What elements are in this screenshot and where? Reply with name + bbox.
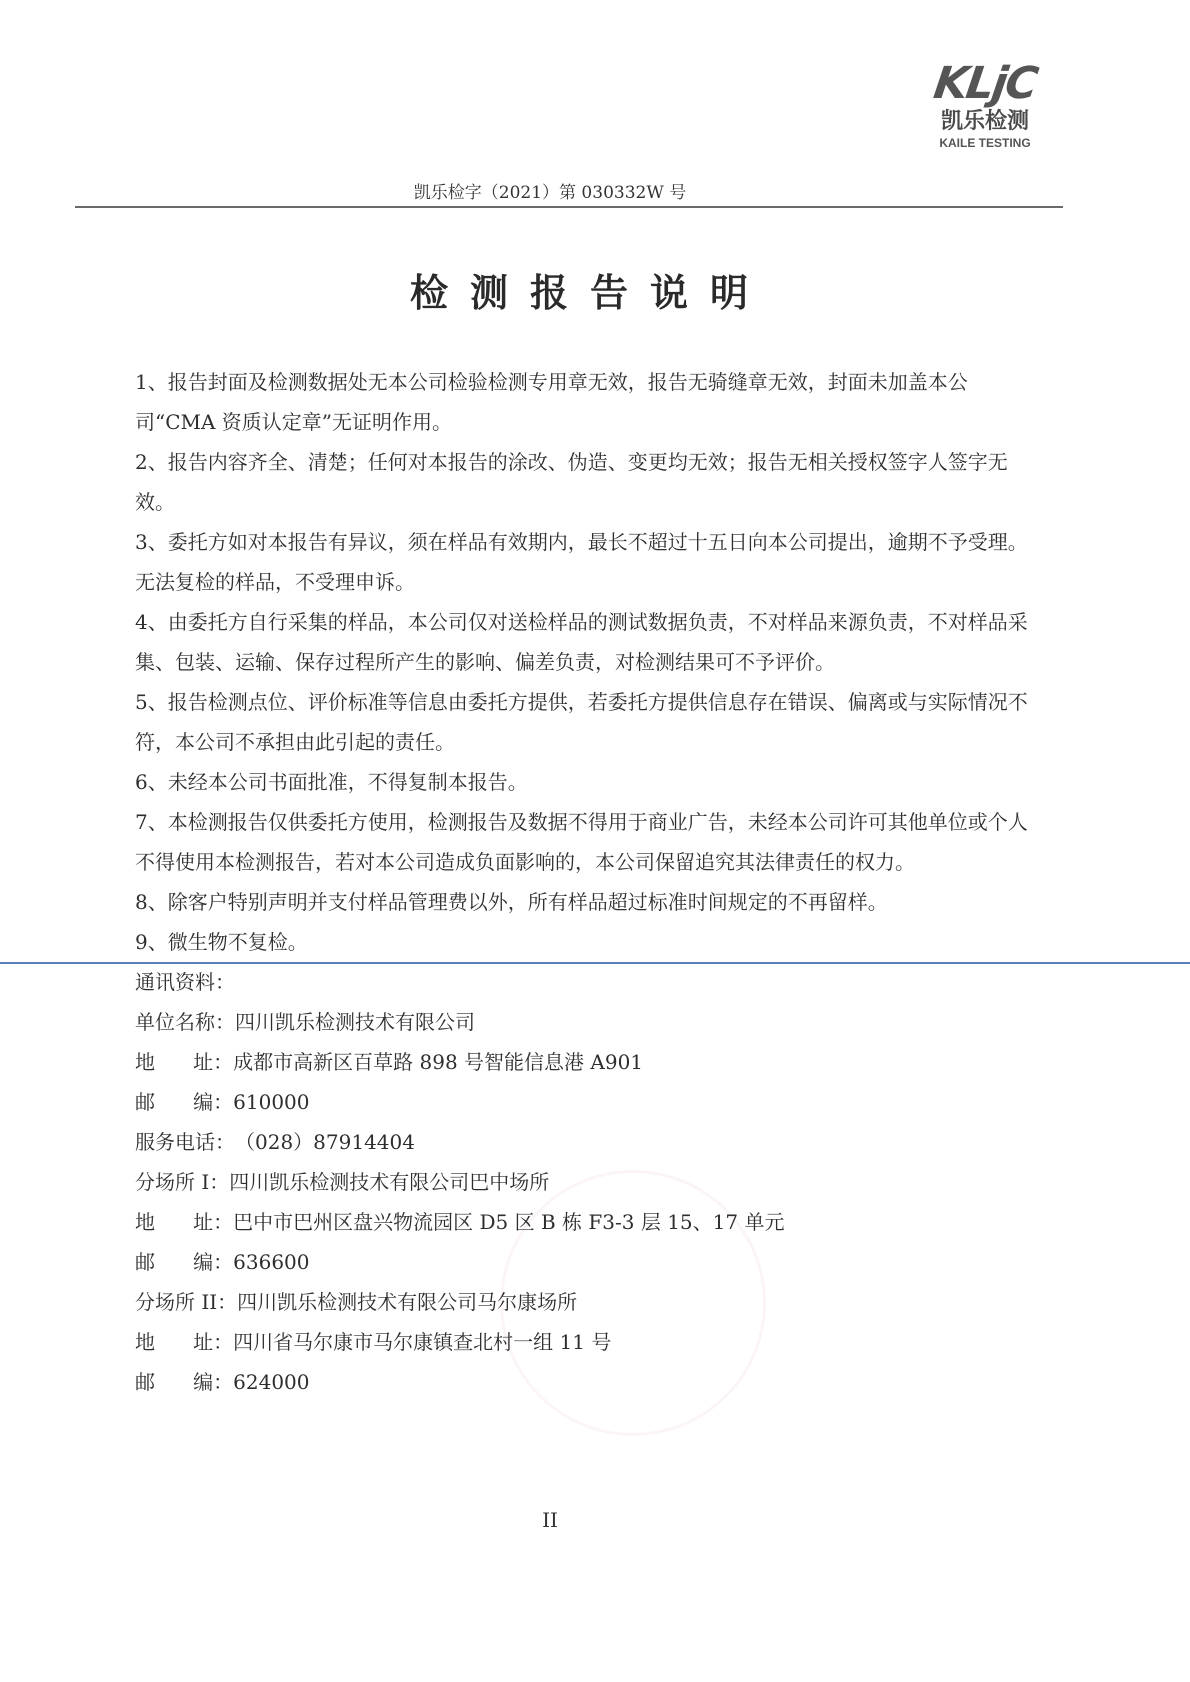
contact-value: 四川省马尔康市马尔康镇查北村一组 11 号 bbox=[233, 1322, 611, 1362]
contact-value: （028）87914404 bbox=[235, 1122, 415, 1162]
contact-label: 地 址： bbox=[135, 1322, 233, 1362]
clause-4: 4、由委托方自行采集的样品，本公司仅对送检样品的测试数据负责，不对样品来源负责，… bbox=[135, 602, 1045, 682]
contact-value: 巴中市巴州区盘兴物流园区 D5 区 B 栋 F3-3 层 15、17 单元 bbox=[233, 1202, 784, 1242]
contact-postcode: 邮 编： 610000 bbox=[135, 1082, 1045, 1122]
clause-7: 7、本检测报告仅供委托方使用，检测报告及数据不得用于商业广告，未经本公司许可其他… bbox=[135, 802, 1045, 882]
header-divider bbox=[75, 206, 1063, 208]
contact-company-name: 单位名称： 四川凯乐检测技术有限公司 bbox=[135, 1002, 1045, 1042]
contact-phone: 服务电话： （028）87914404 bbox=[135, 1122, 1045, 1162]
contact-value: 四川凯乐检测技术有限公司巴中场所 bbox=[229, 1162, 549, 1202]
clause-2: 2、报告内容齐全、清楚；任何对本报告的涂改、伪造、变更均无效；报告无相关授权签字… bbox=[135, 442, 1045, 522]
contact-label: 邮 编： bbox=[135, 1242, 233, 1282]
company-logo: KLjC 凯乐检测 KAILE TESTING bbox=[920, 62, 1050, 150]
clause-1: 1、报告封面及检测数据处无本公司检验检测专用章无效，报告无骑缝章无效，封面未加盖… bbox=[135, 362, 1045, 442]
contact-label: 服务电话： bbox=[135, 1122, 235, 1162]
contact-label: 邮 编： bbox=[135, 1082, 233, 1122]
branch-2-address: 地 址： 四川省马尔康市马尔康镇查北村一组 11 号 bbox=[135, 1322, 1045, 1362]
logo-name-cn: 凯乐检测 bbox=[920, 108, 1050, 136]
branch-2-name: 分场所 II： 四川凯乐检测技术有限公司马尔康场所 bbox=[135, 1282, 1045, 1322]
logo-mark-icon: KLjC bbox=[917, 62, 1053, 106]
clause-3: 3、委托方如对本报告有异议，须在样品有效期内，最长不超过十五日向本公司提出，逾期… bbox=[135, 522, 1045, 602]
contact-value: 624000 bbox=[233, 1362, 309, 1402]
clause-6: 6、未经本公司书面批准，不得复制本报告。 bbox=[135, 762, 1045, 802]
report-notes: 1、报告封面及检测数据处无本公司检验检测专用章无效，报告无骑缝章无效，封面未加盖… bbox=[135, 362, 1045, 1402]
contact-label: 分场所 I： bbox=[135, 1162, 229, 1202]
contact-value: 610000 bbox=[233, 1082, 309, 1122]
branch-1-postcode: 邮 编： 636600 bbox=[135, 1242, 1045, 1282]
logo-name-en: KAILE TESTING bbox=[920, 136, 1050, 150]
clause-9: 9、微生物不复检。 bbox=[135, 922, 1045, 962]
contact-label: 邮 编： bbox=[135, 1362, 233, 1402]
contact-heading: 通讯资料： bbox=[135, 962, 1045, 1002]
contact-label: 单位名称： bbox=[135, 1002, 235, 1042]
contact-value: 636600 bbox=[233, 1242, 309, 1282]
clause-8: 8、除客户特别声明并支付样品管理费以外，所有样品超过标准时间规定的不再留样。 bbox=[135, 882, 1045, 922]
contact-value: 四川凯乐检测技术有限公司马尔康场所 bbox=[237, 1282, 577, 1322]
contact-value: 四川凯乐检测技术有限公司 bbox=[235, 1002, 475, 1042]
clause-5: 5、报告检测点位、评价标准等信息由委托方提供，若委托方提供信息存在错误、偏离或与… bbox=[135, 682, 1045, 762]
contact-value: 成都市高新区百草路 898 号智能信息港 A901 bbox=[233, 1042, 643, 1082]
contact-label: 地 址： bbox=[135, 1202, 233, 1242]
report-number: 凯乐检字（2021）第 030332W 号 bbox=[0, 178, 1100, 203]
contact-label: 地 址： bbox=[135, 1042, 233, 1082]
branch-2-postcode: 邮 编： 624000 bbox=[135, 1362, 1045, 1402]
branch-1-name: 分场所 I： 四川凯乐检测技术有限公司巴中场所 bbox=[135, 1162, 1045, 1202]
contact-address: 地 址： 成都市高新区百草路 898 号智能信息港 A901 bbox=[135, 1042, 1045, 1082]
branch-1-address: 地 址： 巴中市巴州区盘兴物流园区 D5 区 B 栋 F3-3 层 15、17 … bbox=[135, 1202, 1045, 1242]
page-number: II bbox=[0, 1508, 1100, 1532]
contact-label: 分场所 II： bbox=[135, 1282, 237, 1322]
page-title: 检测报告说明 bbox=[0, 262, 1180, 317]
scan-artifact-line bbox=[0, 962, 1190, 964]
